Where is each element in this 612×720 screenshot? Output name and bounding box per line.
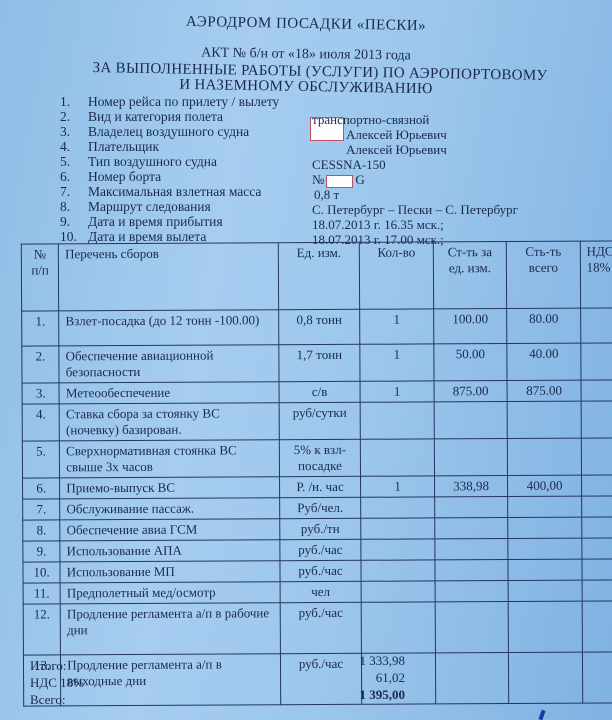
info-label: Владелец воздушного судна	[88, 124, 298, 139]
cell-total	[508, 517, 582, 538]
table-row: 9.Использование АПАруб./час	[23, 538, 612, 562]
cell-total	[508, 496, 582, 517]
cell-qty	[361, 581, 435, 602]
info-row: 8.Маршрут следования	[60, 199, 298, 214]
cell-total	[508, 580, 582, 601]
table-row: 11.Предполетный мед/осмотрчел	[23, 580, 612, 604]
cell-num: 11.	[23, 583, 60, 604]
info-num: 2.	[60, 109, 88, 124]
cell-qty: 1	[361, 476, 435, 497]
table-row: 4.Ставка сбора за стоянку ВС (ночевку) б…	[22, 401, 612, 441]
info-value: 0,8 т	[312, 187, 518, 202]
cell-price	[435, 653, 509, 704]
table-row: 13.Продление регламента а/п в выходные д…	[23, 652, 612, 706]
info-value-text: транспортно-связной	[312, 112, 429, 127]
cell-unit: 5% к взл-посадке	[279, 439, 361, 476]
cell-name: Приемо-выпуск ВС	[60, 477, 280, 499]
cell-num: 5.	[22, 441, 59, 478]
cell-vat	[581, 475, 612, 496]
cell-total	[508, 438, 582, 475]
col-header-vat: НДС 18%	[580, 241, 612, 308]
cell-name: Предполетный мед/осмотр	[60, 582, 280, 604]
cell-vat	[581, 380, 612, 401]
registration-prefix: №	[312, 172, 324, 187]
cell-vat	[582, 559, 612, 580]
subtotal-label: Итого:	[30, 657, 84, 674]
cell-num: 9.	[23, 541, 60, 562]
info-row: 3.Владелец воздушного судна	[60, 124, 298, 139]
cell-unit: руб./час	[280, 560, 362, 581]
cell-name: Взлет-посадка (до 12 тонн -100.00)	[59, 310, 279, 346]
cell-total	[509, 652, 583, 703]
info-num: 5.	[60, 154, 88, 169]
cell-unit: руб/сутки	[279, 402, 361, 439]
cell-qty: 1	[360, 309, 434, 344]
cell-vat	[580, 308, 612, 343]
cell-num: 6.	[23, 478, 60, 499]
cell-price	[434, 497, 508, 518]
subtotal-value: 1 333,98	[340, 652, 405, 669]
cell-total: 80.00	[507, 308, 581, 343]
cell-vat	[581, 517, 612, 538]
cell-name: Использование АПА	[60, 540, 280, 562]
cell-price	[435, 539, 509, 560]
cell-unit: чел	[280, 581, 362, 602]
info-num: 3.	[60, 124, 88, 139]
info-value: №G	[312, 172, 518, 187]
info-value-text: 18.07.2013 г. 16.35 мск.;	[312, 217, 444, 232]
cell-name: Продление регламента а/п в выходные дни	[61, 654, 281, 706]
info-value: 18.07.2013 г. 16.35 мск.;	[312, 217, 518, 232]
info-value-text: CESSNA-150	[312, 157, 386, 172]
cell-qty	[361, 539, 435, 560]
info-value-text: С. Петербург – Пески – С. Петербург	[312, 202, 518, 217]
cell-vat	[582, 538, 612, 559]
grand-total-value: 1 395,00	[340, 686, 405, 703]
cell-num: 3.	[22, 383, 59, 404]
cell-qty	[361, 497, 435, 518]
info-row: 6.Номер борта	[60, 169, 298, 184]
cell-price	[434, 402, 508, 439]
cell-total: 400,00	[508, 475, 582, 496]
info-num: 4.	[60, 139, 88, 154]
info-value-text: 0,8 т	[314, 187, 339, 202]
cell-vat	[582, 580, 612, 601]
info-label: Номер борта	[88, 169, 298, 184]
table-row: 6.Приемо-выпуск ВСР. /н. час1338,98400,0…	[23, 475, 612, 499]
redaction-box	[326, 175, 353, 188]
cell-name: Использование МП	[60, 561, 280, 583]
aerodrome-title: АЭРОДРОМ ПОСАДКИ «ПЕСКИ»	[0, 11, 612, 39]
cell-vat	[582, 652, 612, 703]
cell-total	[508, 559, 582, 580]
cell-num: 10.	[23, 562, 60, 583]
table-row: 8.Обеспечение авиа ГСМруб./тн	[23, 517, 612, 541]
cell-qty	[360, 402, 434, 439]
info-value-text: Алексей Юрьевич	[346, 127, 447, 142]
cell-total: 875.00	[507, 380, 581, 401]
info-num: 6.	[60, 169, 88, 184]
cell-qty: 1	[360, 344, 434, 381]
cell-num: 2.	[22, 346, 59, 383]
cell-unit: руб./час	[280, 602, 362, 653]
info-value	[312, 97, 518, 112]
cell-num: 4.	[22, 404, 59, 441]
grand-total-label: Всего:	[30, 691, 84, 708]
cell-vat	[581, 496, 612, 517]
info-row: 1.Номер рейса по прилету / вылету	[60, 94, 298, 109]
fees-table: № п/п Перечень сборов Ед. изм. Кол-во Ст…	[21, 240, 612, 706]
cell-num: 8.	[23, 520, 60, 541]
info-value-text: Алексей Юрьевич	[346, 142, 447, 157]
cell-qty	[361, 518, 435, 539]
cell-price: 338,98	[434, 476, 508, 497]
flight-info-values: транспортно-связнойАлексей ЮрьевичАлексе…	[312, 97, 518, 247]
cell-total	[508, 601, 582, 652]
cell-num: 7.	[23, 499, 60, 520]
cell-unit: 1,7 тонн	[279, 344, 361, 381]
col-header-qty: Кол-во	[360, 242, 434, 309]
table-row: 10.Использование МПруб./час	[23, 559, 612, 583]
col-header-price: Ст-ть за ед. изм.	[433, 242, 507, 309]
table-header-row: № п/п Перечень сборов Ед. изм. Кол-во Ст…	[21, 241, 612, 311]
table-row: 3.Метеообеспечениес/в1875.00875.00	[22, 380, 612, 404]
cell-unit: 0,8 тонн	[278, 309, 360, 344]
info-value: Алексей Юрьевич	[312, 127, 518, 142]
col-header-name: Перечень сборов	[59, 243, 279, 311]
pen-mark	[538, 710, 545, 720]
cell-vat	[581, 343, 612, 380]
cell-name: Обслуживание пассаж.	[60, 498, 280, 520]
table-row: 7.Обслуживание пассаж.Руб/чел.	[23, 496, 612, 520]
cell-total	[507, 401, 581, 438]
info-num: 10.	[60, 229, 88, 244]
info-num: 8.	[60, 199, 88, 214]
totals-values: 1 333,98 61,02 1 395,00	[340, 652, 405, 703]
cell-unit: Руб/чел.	[279, 497, 361, 518]
info-num: 9.	[60, 214, 88, 229]
flight-info-labels: 1.Номер рейса по прилету / вылету2.Вид и…	[60, 94, 298, 244]
totals-labels: Итого: НДС 18% Всего:	[30, 657, 84, 708]
cell-vat	[581, 401, 612, 438]
cell-name: Ставка сбора за стоянку ВС (ночевку) баз…	[59, 403, 279, 441]
cell-price	[435, 581, 509, 602]
cell-unit: руб./тн	[279, 518, 361, 539]
cell-name: Обеспечение авиа ГСМ	[60, 519, 280, 541]
table-row: 1.Взлет-посадка (до 12 тонн -100.00)0,8 …	[22, 308, 612, 346]
cell-num: 1.	[22, 311, 59, 346]
col-header-unit: Ед. изм.	[278, 242, 360, 309]
registration-suffix: G	[355, 172, 364, 187]
info-label: Максимальная взлетная масса	[88, 184, 298, 199]
cell-unit: с/в	[279, 381, 361, 402]
cell-name: Сверхнормативная стоянка ВС свыше 3х час…	[60, 440, 280, 478]
cell-unit: руб./час	[280, 539, 362, 560]
info-row: 7.Максимальная взлетная масса	[60, 184, 298, 199]
cell-price	[434, 518, 508, 539]
info-value: CESSNA-150	[312, 157, 518, 172]
vat-label: НДС 18%	[30, 674, 84, 691]
info-row: 5.Тип воздушного судна	[60, 154, 298, 169]
cell-qty: 1	[360, 381, 434, 402]
table-row: 2.Обеспечение авиационной безопасности1,…	[22, 343, 612, 383]
info-num: 7.	[60, 184, 88, 199]
cell-price	[435, 602, 509, 653]
cell-vat	[582, 601, 612, 652]
info-label: Номер рейса по прилету / вылету	[88, 94, 298, 109]
cell-price: 50.00	[434, 344, 508, 381]
cell-qty	[361, 439, 435, 476]
cell-price	[434, 439, 508, 476]
cell-name: Метеообеспечение	[59, 382, 279, 404]
cell-name: Продление регламента а/п в рабочие дни	[60, 603, 280, 655]
cell-vat	[581, 438, 612, 475]
info-row: 9.Дата и время прибытия	[60, 214, 298, 229]
cell-name: Обеспечение авиационной безопасности	[59, 345, 279, 383]
vat-value: 61,02	[340, 669, 405, 686]
col-header-total: Сть-ть всего	[507, 241, 581, 308]
cell-price: 100.00	[433, 309, 507, 344]
info-value: Алексей Юрьевич	[312, 142, 518, 157]
info-label: Тип воздушного судна	[88, 154, 298, 169]
info-value: С. Петербург – Пески – С. Петербург	[312, 202, 518, 217]
cell-total	[508, 538, 582, 559]
info-label: Вид и категория полета	[88, 109, 298, 124]
info-row: 2.Вид и категория полета	[60, 109, 298, 124]
col-header-num: № п/п	[21, 244, 59, 311]
info-num: 1.	[60, 94, 88, 109]
table-row: 12.Продление регламента а/п в рабочие дн…	[23, 601, 612, 655]
cell-num: 12.	[23, 604, 61, 655]
cell-total: 40.00	[507, 343, 581, 380]
info-label: Дата и время прибытия	[88, 214, 298, 229]
cell-qty	[361, 602, 435, 653]
cell-price	[435, 560, 509, 581]
cell-price: 875.00	[434, 381, 508, 402]
info-label: Маршрут следования	[88, 199, 298, 214]
cell-qty	[361, 560, 435, 581]
cell-unit: Р. /н. час	[279, 476, 361, 497]
info-row: 4.Плательщик	[60, 139, 298, 154]
info-value: транспортно-связной	[312, 112, 518, 127]
table-row: 5.Сверхнормативная стоянка ВС свыше 3х ч…	[22, 438, 612, 478]
info-label: Плательщик	[88, 139, 298, 154]
act-document: АЭРОДРОМ ПОСАДКИ «ПЕСКИ» АКТ № б/н от «1…	[0, 0, 612, 720]
